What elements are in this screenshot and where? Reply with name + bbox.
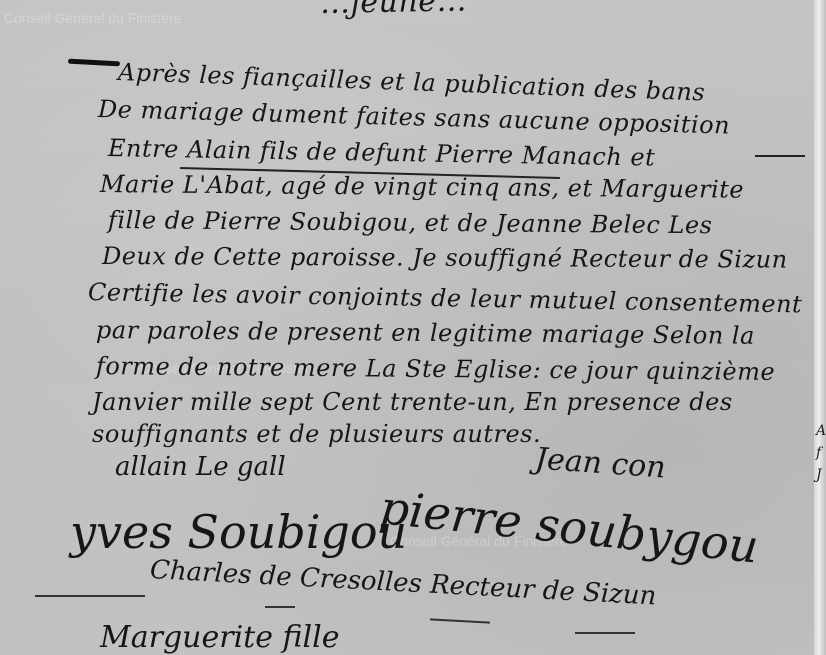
previous-entry-fragment: …jeune… xyxy=(320,0,468,21)
signature-allain-le-gall: allain Le gall xyxy=(115,452,286,482)
margin-letters: A f J xyxy=(816,420,826,486)
signature-pierre-soubygou: pierre soubygou xyxy=(377,480,761,573)
signature-rector: Charles de Cresolles Recteur de Sizun xyxy=(149,555,657,611)
next-entry-fragment: Marguerite fille xyxy=(100,620,339,655)
margin-letter: f xyxy=(816,442,826,464)
divider xyxy=(35,595,145,597)
watermark: Conseil Général du Finistère xyxy=(4,10,181,26)
margin-letter: A xyxy=(816,420,826,442)
register-page: Conseil Général du Finistère Conseil Gén… xyxy=(0,0,826,655)
divider xyxy=(265,606,295,608)
text-line-8: par paroles de present en legitime maria… xyxy=(96,316,755,350)
text-line-11: souffignants et de plusieurs autres. xyxy=(92,420,541,448)
text-line-5: fille de Pierre Soubigou, et de Jeanne B… xyxy=(108,206,713,239)
page-edge xyxy=(814,0,826,655)
text-line-9: forme de notre mere La Ste Eglise: ce jo… xyxy=(96,352,775,386)
text-line-10: Janvier mille sept Cent trente-un, En pr… xyxy=(92,388,733,416)
divider xyxy=(575,632,635,634)
signature-yves-soubigou: yves Soubigou xyxy=(70,505,407,559)
text-line-3: Entre Alain fils de defunt Pierre Manach… xyxy=(108,134,656,172)
divider xyxy=(430,618,490,623)
margin-mark xyxy=(68,59,120,67)
margin-letter: J xyxy=(816,464,826,486)
text-line-7: Certifie les avoir conjoints de leur mut… xyxy=(88,278,803,318)
line-filler xyxy=(755,155,805,157)
text-line-4: Marie L'Abat, agé de vingt cinq ans, et … xyxy=(100,170,744,204)
signature-jean-con: Jean con xyxy=(534,441,667,485)
text-line-6: Deux de Cette paroisse. Je souffigné Rec… xyxy=(102,242,788,274)
